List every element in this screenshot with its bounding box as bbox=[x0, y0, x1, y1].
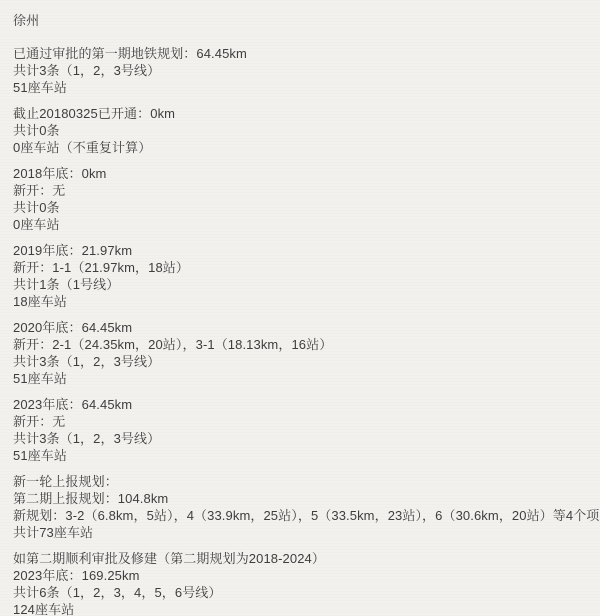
text-line: 2023年底：64.45km bbox=[13, 396, 592, 413]
document: 徐州 已通过审批的第一期地铁规划：64.45km共计3条（1，2，3号线）51座… bbox=[0, 0, 600, 616]
text-line: 124座车站 bbox=[13, 601, 592, 616]
section-end-of-2019: 2019年底：21.97km新开：1-1（21.97km，18站）共计1条（1号… bbox=[13, 242, 592, 310]
section-end-of-2020: 2020年底：64.45km新开：2-1（24.35km，20站），3-1（18… bbox=[13, 319, 592, 387]
page-title: 徐州 bbox=[13, 12, 592, 29]
text-line: 51座车站 bbox=[13, 79, 592, 96]
text-line: 截止20180325已开通：0km bbox=[13, 105, 592, 122]
text-line: 0座车站 bbox=[13, 216, 592, 233]
text-line: 新一轮上报规划： bbox=[13, 473, 592, 490]
text-line: 共计3条（1，2，3号线） bbox=[13, 353, 592, 370]
section-end-of-2023-approved-only: 2023年底：64.45km新开：无共计3条（1，2，3号线）51座车站 bbox=[13, 396, 592, 464]
text-line: 51座车站 bbox=[13, 370, 592, 387]
text-line: 共计1条（1号线） bbox=[13, 276, 592, 293]
text-line: 2023年底：169.25km bbox=[13, 567, 592, 584]
section-opened-as-of-20180325: 截止20180325已开通：0km共计0条0座车站（不重复计算） bbox=[13, 105, 592, 156]
section-if-phase2-approved: 如第二期顺利审批及修建（第二期规划为2018-2024）2023年底：169.2… bbox=[13, 550, 592, 616]
text-line: 共计3条（1，2，3号线） bbox=[13, 62, 592, 79]
text-line: 2020年底：64.45km bbox=[13, 319, 592, 336]
text-line: 共计6条（1，2，3，4，5，6号线） bbox=[13, 584, 592, 601]
title-block: 徐州 bbox=[13, 12, 592, 29]
text-line: 新开：无 bbox=[13, 413, 592, 430]
section-end-of-2018: 2018年底：0km新开：无共计0条0座车站 bbox=[13, 165, 592, 233]
text-line: 已通过审批的第一期地铁规划：64.45km bbox=[13, 45, 592, 62]
text-line: 0座车站（不重复计算） bbox=[13, 139, 592, 156]
text-line: 51座车站 bbox=[13, 447, 592, 464]
document-body: 已通过审批的第一期地铁规划：64.45km共计3条（1，2，3号线）51座车站截… bbox=[13, 45, 592, 616]
text-line: 如第二期顺利审批及修建（第二期规划为2018-2024） bbox=[13, 550, 592, 567]
text-line: 共计0条 bbox=[13, 122, 592, 139]
text-line: 新开：2-1（24.35km，20站），3-1（18.13km，16站） bbox=[13, 336, 592, 353]
section-new-round-submitted-plan: 新一轮上报规划：第二期上报规划：104.8km新规划：3-2（6.8km，5站）… bbox=[13, 473, 592, 541]
text-line: 新规划：3-2（6.8km，5站），4（33.9km，25站），5（33.5km… bbox=[13, 507, 592, 524]
text-line: 2019年底：21.97km bbox=[13, 242, 592, 259]
text-line: 新开：无 bbox=[13, 182, 592, 199]
text-line: 新开：1-1（21.97km，18站） bbox=[13, 259, 592, 276]
text-line: 共计3条（1，2，3号线） bbox=[13, 430, 592, 447]
text-line: 共计0条 bbox=[13, 199, 592, 216]
section-approved-phase1-plan: 已通过审批的第一期地铁规划：64.45km共计3条（1，2，3号线）51座车站 bbox=[13, 45, 592, 96]
text-line: 18座车站 bbox=[13, 293, 592, 310]
text-line: 第二期上报规划：104.8km bbox=[13, 490, 592, 507]
text-line: 共计73座车站 bbox=[13, 524, 592, 541]
text-line: 2018年底：0km bbox=[13, 165, 592, 182]
